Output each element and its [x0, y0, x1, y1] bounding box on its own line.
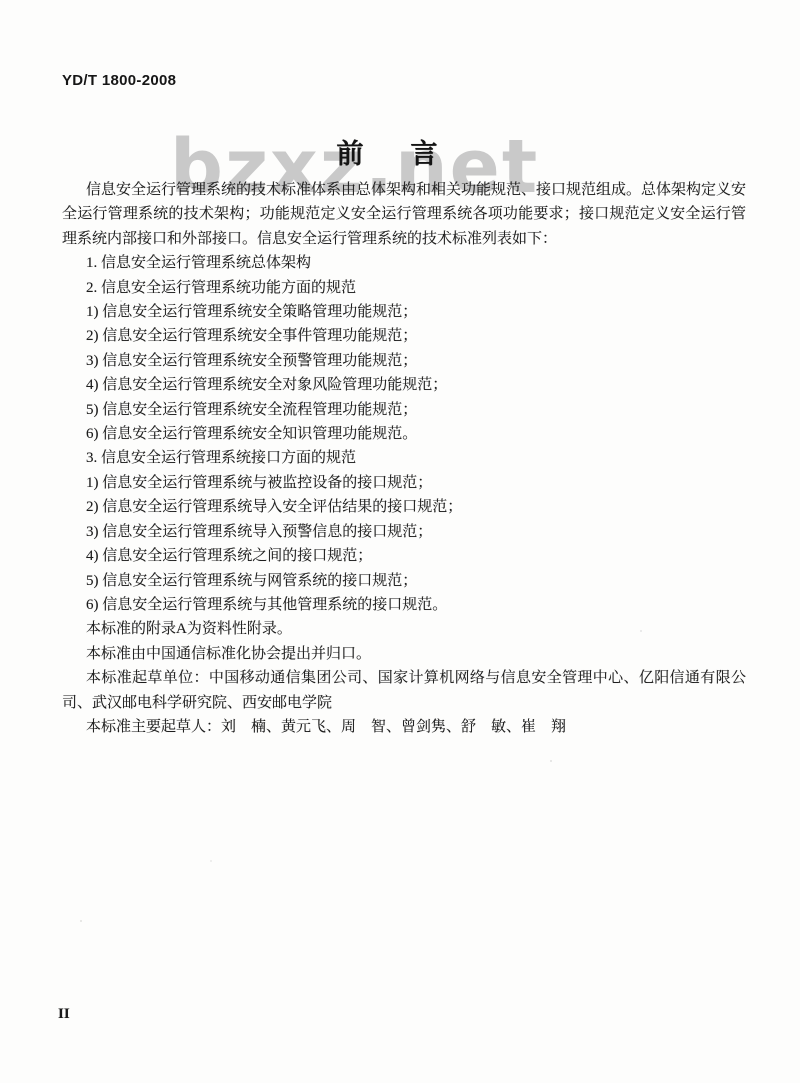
foreword-intro-paragraph: 信息安全运行管理系统的技术标准体系由总体架构和相关功能规范、接口规范组成。总体架…: [62, 178, 746, 251]
list-item: 4) 信息安全运行管理系统之间的接口规范；: [62, 544, 746, 568]
list-item: 1) 信息安全运行管理系统安全策略管理功能规范；: [62, 300, 746, 324]
note-appendix: 本标准的附录A为资料性附录。: [62, 617, 746, 641]
list-item: 5) 信息安全运行管理系统与网管系统的接口规范；: [62, 569, 746, 593]
list-item: 2) 信息安全运行管理系统安全事件管理功能规范；: [62, 324, 746, 348]
list-item: 6) 信息安全运行管理系统与其他管理系统的接口规范。: [62, 593, 746, 617]
list-item: 6) 信息安全运行管理系统安全知识管理功能规范。: [62, 422, 746, 446]
foreword-body: 信息安全运行管理系统的技术标准体系由总体架构和相关功能规范、接口规范组成。总体架…: [62, 178, 746, 739]
list-item: 2. 信息安全运行管理系统功能方面的规范: [62, 276, 746, 300]
list-item: 3) 信息安全运行管理系统导入预警信息的接口规范；: [62, 520, 746, 544]
list-item: 1. 信息安全运行管理系统总体架构: [62, 251, 746, 275]
note-issuing-body: 本标准由中国通信标准化协会提出并归口。: [62, 642, 746, 666]
list-item: 4) 信息安全运行管理系统安全对象风险管理功能规范；: [62, 373, 746, 397]
standard-number: YD/T 1800-2008: [62, 72, 176, 89]
page-number: II: [58, 1006, 70, 1023]
list-item: 3) 信息安全运行管理系统安全预警管理功能规范；: [62, 349, 746, 373]
foreword-title: 前 言: [62, 132, 722, 171]
standards-list: 1. 信息安全运行管理系统总体架构 2. 信息安全运行管理系统功能方面的规范 1…: [62, 251, 746, 617]
note-drafting-organizations: 本标准起草单位：中国移动通信集团公司、国家计算机网络与信息安全管理中心、亿阳信通…: [62, 666, 746, 715]
note-drafters: 本标准主要起草人：刘 楠、黄元飞、周 智、曾剑隽、舒 敏、崔 翔: [62, 715, 746, 739]
scanned-document-page: YD/T 1800-2008 bzxz.net 前 言 信息安全运行管理系统的技…: [0, 0, 800, 1083]
list-item: 1) 信息安全运行管理系统与被监控设备的接口规范；: [62, 471, 746, 495]
list-item: 2) 信息安全运行管理系统导入安全评估结果的接口规范；: [62, 495, 746, 519]
list-item: 5) 信息安全运行管理系统安全流程管理功能规范；: [62, 398, 746, 422]
list-item: 3. 信息安全运行管理系统接口方面的规范: [62, 446, 746, 470]
